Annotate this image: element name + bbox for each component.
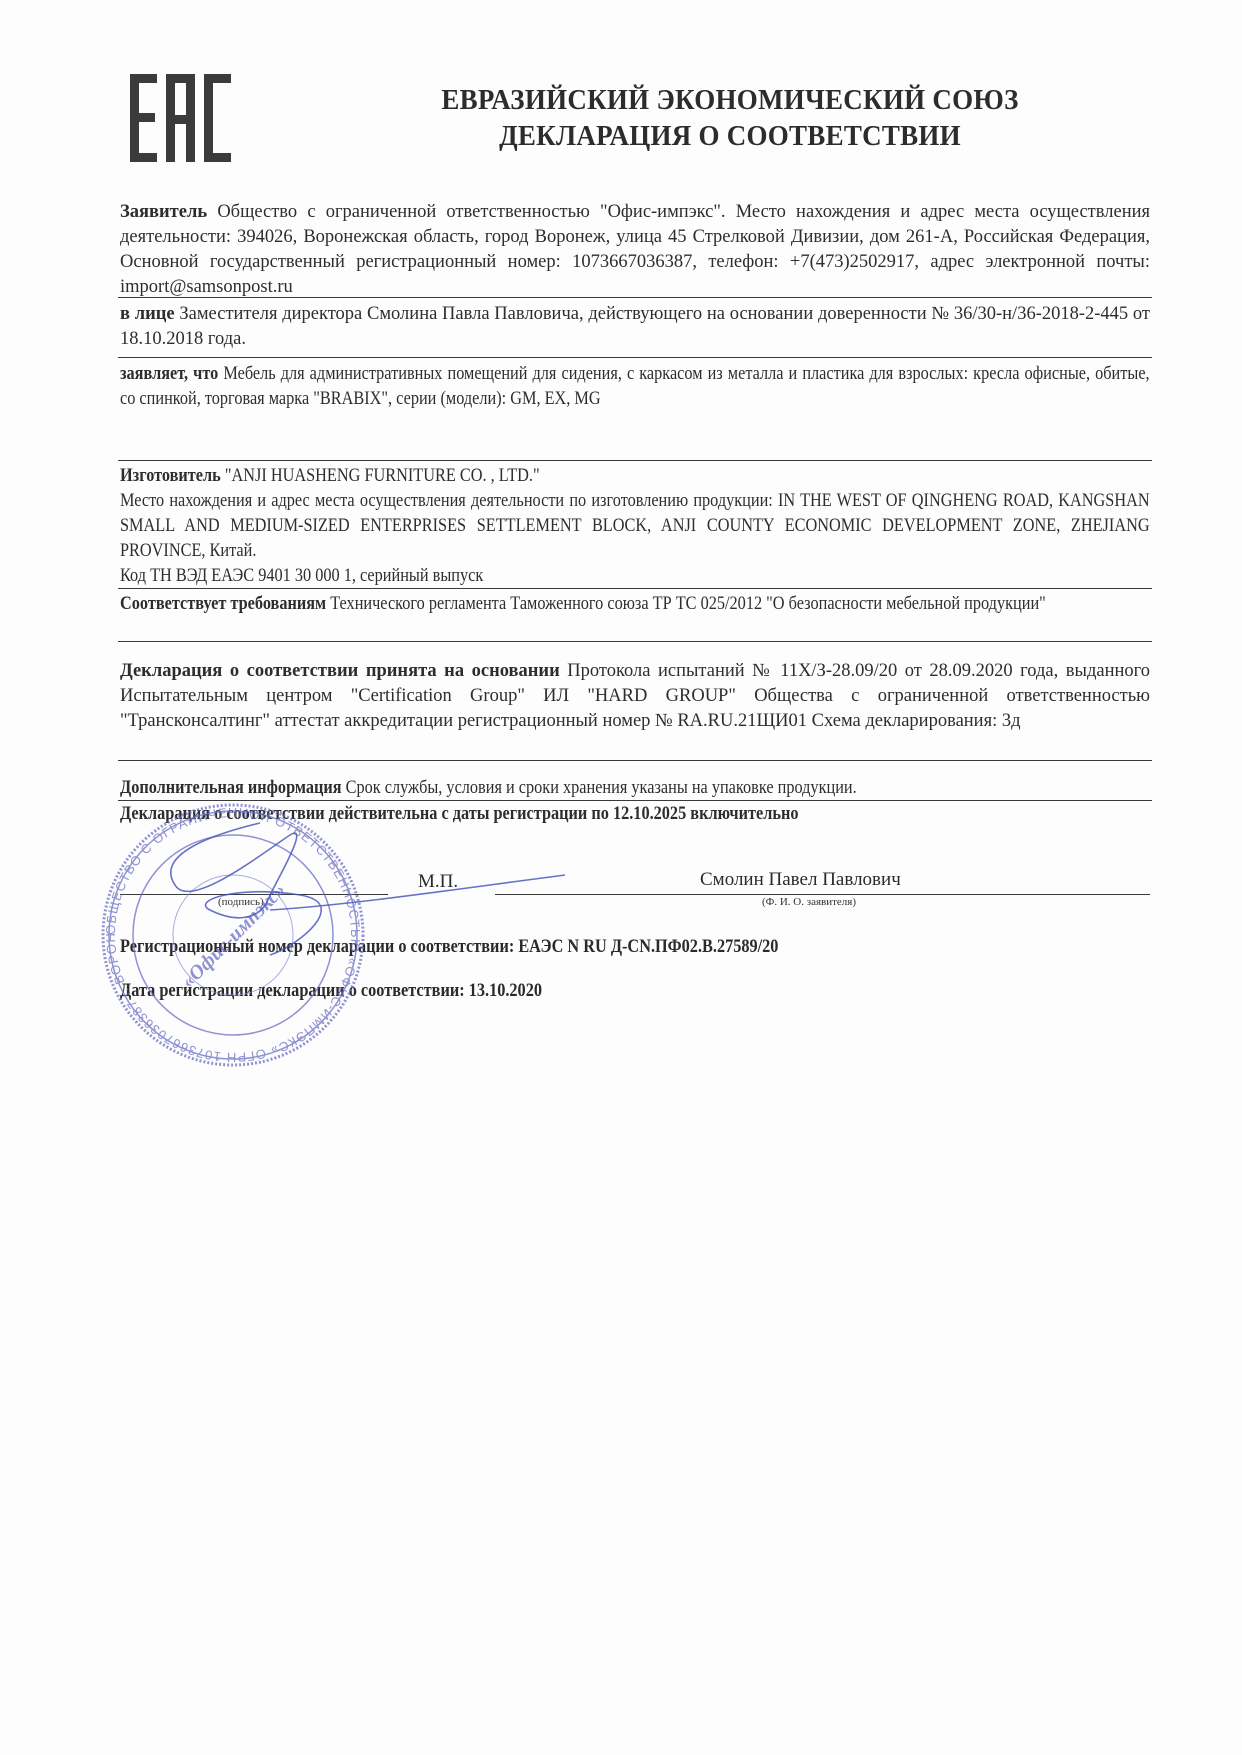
compliance-label: Соответствует требованиям (120, 594, 326, 614)
divider (118, 641, 1152, 642)
manufacturer-label: Изготовитель (120, 466, 221, 486)
svg-text:ОБЩЕСТВО С ОГРАНИЧЕННОЙ ОТВЕТС: ОБЩЕСТВО С ОГРАНИЧЕННОЙ ОТВЕТСТВЕННОСТЬЮ… (98, 800, 363, 1065)
additional-text: Срок службы, условия и сроки хранения ук… (346, 778, 857, 798)
applicant-text: Общество с ограниченной ответственностью… (120, 202, 1150, 297)
title-declaration: ДЕКЛАРАЦИЯ О СООТВЕТСТВИИ (386, 118, 1074, 154)
divider (118, 297, 1152, 298)
representative-text: Заместителя директора Смолина Павла Павл… (120, 304, 1150, 349)
declares-label: заявляет, что (120, 364, 218, 384)
registration-number-value: ЕАЭС N RU Д-CN.ПФ02.В.27589/20 (518, 937, 778, 957)
signer-caption: (Ф. И. О. заявителя) (762, 896, 856, 908)
declaration-page: ЕВРАЗИЙСКИЙ ЭКОНОМИЧЕСКИЙ СОЮЗ ДЕКЛАРАЦИ… (0, 0, 1242, 1755)
applicant-section: Заявитель Общество с ограниченной ответс… (120, 200, 1150, 300)
declares-text: Мебель для административных помещений дл… (120, 364, 1150, 409)
additional-info-section: Дополнительная информация Срок службы, у… (120, 776, 1150, 801)
manufacturer-address: Место нахождения и адрес места осуществл… (120, 489, 1150, 564)
basis-section: Декларация о соответствии принята на осн… (120, 659, 1150, 734)
document-title: ЕВРАЗИЙСКИЙ ЭКОНОМИЧЕСКИЙ СОЮЗ ДЕКЛАРАЦИ… (386, 82, 1074, 154)
signature-caption: (подпись) (218, 896, 264, 908)
hs-code: Код ТН ВЭД ЕАЭС 9401 30 000 1, серийный … (120, 564, 1150, 589)
title-union: ЕВРАЗИЙСКИЙ ЭКОНОМИЧЕСКИЙ СОЮЗ (386, 82, 1074, 118)
representative-label: в лице (120, 304, 175, 324)
representative-section: в лице Заместителя директора Смолина Пав… (120, 302, 1150, 352)
divider (118, 460, 1152, 461)
divider (118, 760, 1152, 761)
compliance-text: Технического регламента Таможенного союз… (330, 594, 1046, 614)
registration-number-label: Регистрационный номер декларации о соотв… (120, 937, 514, 957)
divider (118, 800, 1152, 801)
signer-name: Смолин Павел Павлович (700, 869, 901, 891)
manufacturer-section: Изготовитель "ANJI HUASHENG FURNITURE CO… (120, 464, 1150, 589)
eac-logo-icon (128, 72, 234, 164)
divider (118, 588, 1152, 589)
compliance-section: Соответствует требованиям Технического р… (120, 592, 1150, 617)
declares-section: заявляет, что Мебель для административны… (120, 362, 1150, 412)
registration-date-row: Дата регистрации декларации о соответств… (120, 981, 1150, 1002)
divider (118, 357, 1152, 358)
handwritten-signature-icon (150, 815, 570, 1005)
additional-label: Дополнительная информация (120, 778, 342, 798)
applicant-label: Заявитель (120, 202, 207, 222)
manufacturer-name: "ANJI HUASHENG FURNITURE CO. , LTD." (225, 466, 540, 486)
registration-number-row: Регистрационный номер декларации о соотв… (120, 937, 1150, 958)
validity-text: Декларация о соответствии действительна … (120, 804, 798, 824)
signer-name-line (495, 894, 1150, 895)
registration-date-label: Дата регистрации декларации о соответств… (120, 981, 465, 1001)
seal-label: М.П. (418, 871, 458, 893)
signature-line (120, 894, 388, 895)
company-stamp-icon: ОБЩЕСТВО С ОГРАНИЧЕННОЙ ОТВЕТСТВЕННОСТЬЮ… (98, 800, 368, 1070)
registration-date-value: 13.10.2020 (469, 981, 542, 1001)
validity-section: Декларация о соответствии действительна … (120, 802, 1150, 827)
basis-label: Декларация о соответствии принята на осн… (120, 661, 560, 681)
